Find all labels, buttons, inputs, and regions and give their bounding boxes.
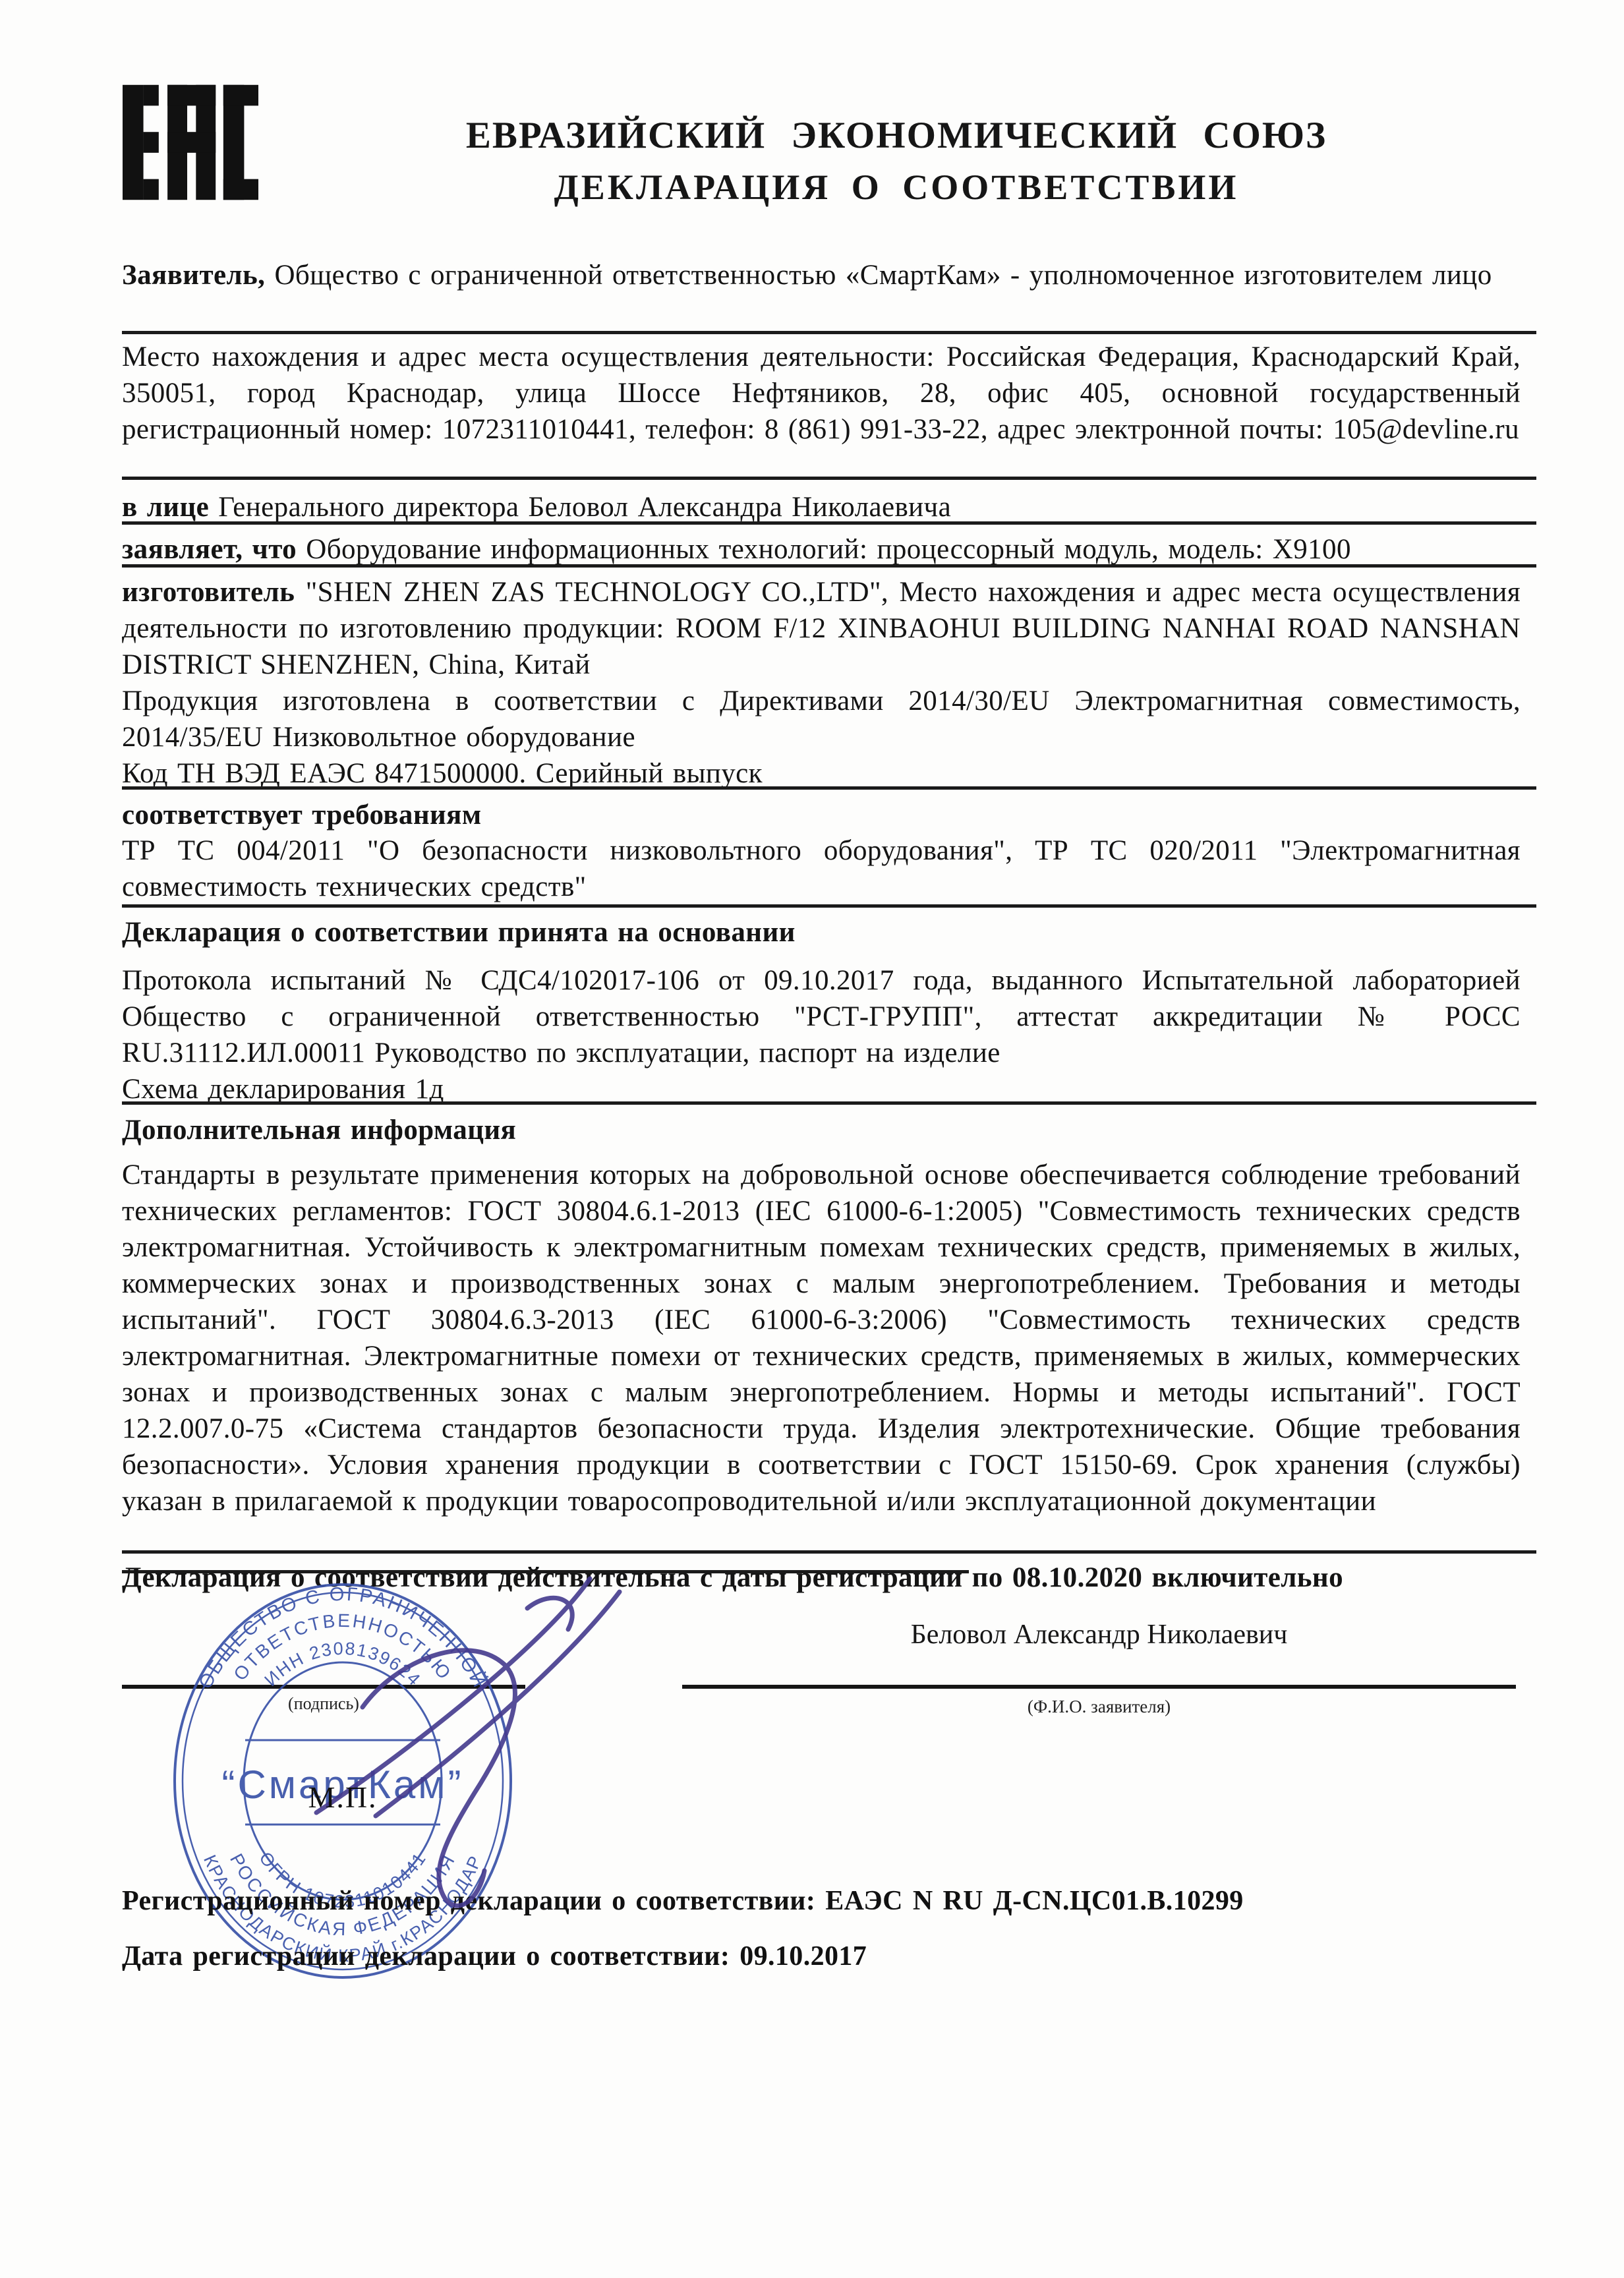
applicant-label: Заявитель, <box>122 260 265 291</box>
in-person-label: в лице <box>122 492 209 523</box>
basis-paragraph: Протокола испытаний № СДС4/102017-106 от… <box>122 962 1521 1071</box>
manufacturer-label: изготовитель <box>122 577 295 608</box>
divider <box>122 1101 1536 1105</box>
divider <box>122 521 1536 525</box>
handwritten-signature <box>158 1529 672 1931</box>
applicant-paragraph: Заявитель, Общество с ограниченной ответ… <box>122 257 1521 293</box>
title-declaration: ДЕКЛАРАЦИЯ О СООТВЕТСТВИИ <box>283 162 1509 212</box>
applicant-full-name: Беловол Александр Николаевич <box>682 1619 1516 1650</box>
applicant-text: Общество с ограниченной ответственностью… <box>274 260 1492 291</box>
in-person-paragraph: в лице Генерального директора Беловол Ал… <box>122 489 1521 525</box>
eac-logo-icon: ЕАС <box>123 71 258 214</box>
complies-paragraph: ТР ТС 004/2011 "О безопасности низковоль… <box>122 832 1521 905</box>
stamp-place-note: М.П. <box>264 1780 422 1815</box>
additional-paragraph: Стандарты в результате применения которы… <box>122 1157 1521 1519</box>
registration-number-value: ЕАЭС N RU Д-CN.ЦС01.В.10299 <box>825 1886 1243 1916</box>
additional-heading: Дополнительная информация <box>122 1112 1521 1148</box>
divider <box>122 564 1536 568</box>
divider <box>122 331 1536 334</box>
title-union: ЕВРАЗИЙСКИЙ ЭКОНОМИЧЕСКИЙ СОЮЗ <box>283 109 1509 162</box>
fio-line <box>682 1685 1516 1689</box>
declaration-document-page: ЕАС ЕВРАЗИЙСКИЙ ЭКОНОМИЧЕСКИЙ СОЮЗ ДЕКЛА… <box>0 0 1624 2278</box>
document-title: ЕВРАЗИЙСКИЙ ЭКОНОМИЧЕСКИЙ СОЮЗ ДЕКЛАРАЦИ… <box>283 109 1509 212</box>
in-person-text: Генерального директора Беловол Александр… <box>218 492 951 523</box>
declares-text: Оборудование информационных технологий: … <box>306 534 1351 565</box>
fio-caption: (Ф.И.О. заявителя) <box>682 1697 1516 1717</box>
signature-caption: (подпись) <box>122 1694 525 1714</box>
divider <box>122 477 1536 480</box>
divider <box>122 904 1536 908</box>
manufacturer-text: "SHEN ZHEN ZAS TECHNOLOGY CO.,LTD", Мест… <box>122 577 1521 680</box>
manufacturer-paragraph: изготовитель "SHEN ZHEN ZAS TECHNOLOGY C… <box>122 574 1521 683</box>
registration-date-label: Дата регистрации декларации о соответств… <box>122 1941 730 1971</box>
registration-date-value: 09.10.2017 <box>739 1941 867 1971</box>
declares-paragraph: заявляет, что Оборудование информационны… <box>122 531 1521 568</box>
complies-heading: соответствует требованиям <box>122 797 1521 833</box>
divider <box>122 786 1536 790</box>
eac-logo-letters <box>123 85 258 200</box>
registration-date-line: Дата регистрации декларации о соответств… <box>122 1941 1572 1972</box>
address-paragraph: Место нахождения и адрес места осуществл… <box>122 339 1521 448</box>
production-paragraph: Продукция изготовлена в соответствии с Д… <box>122 683 1521 755</box>
basis-heading: Декларация о соответствии принята на осн… <box>122 914 1521 950</box>
declares-label: заявляет, что <box>122 534 297 565</box>
